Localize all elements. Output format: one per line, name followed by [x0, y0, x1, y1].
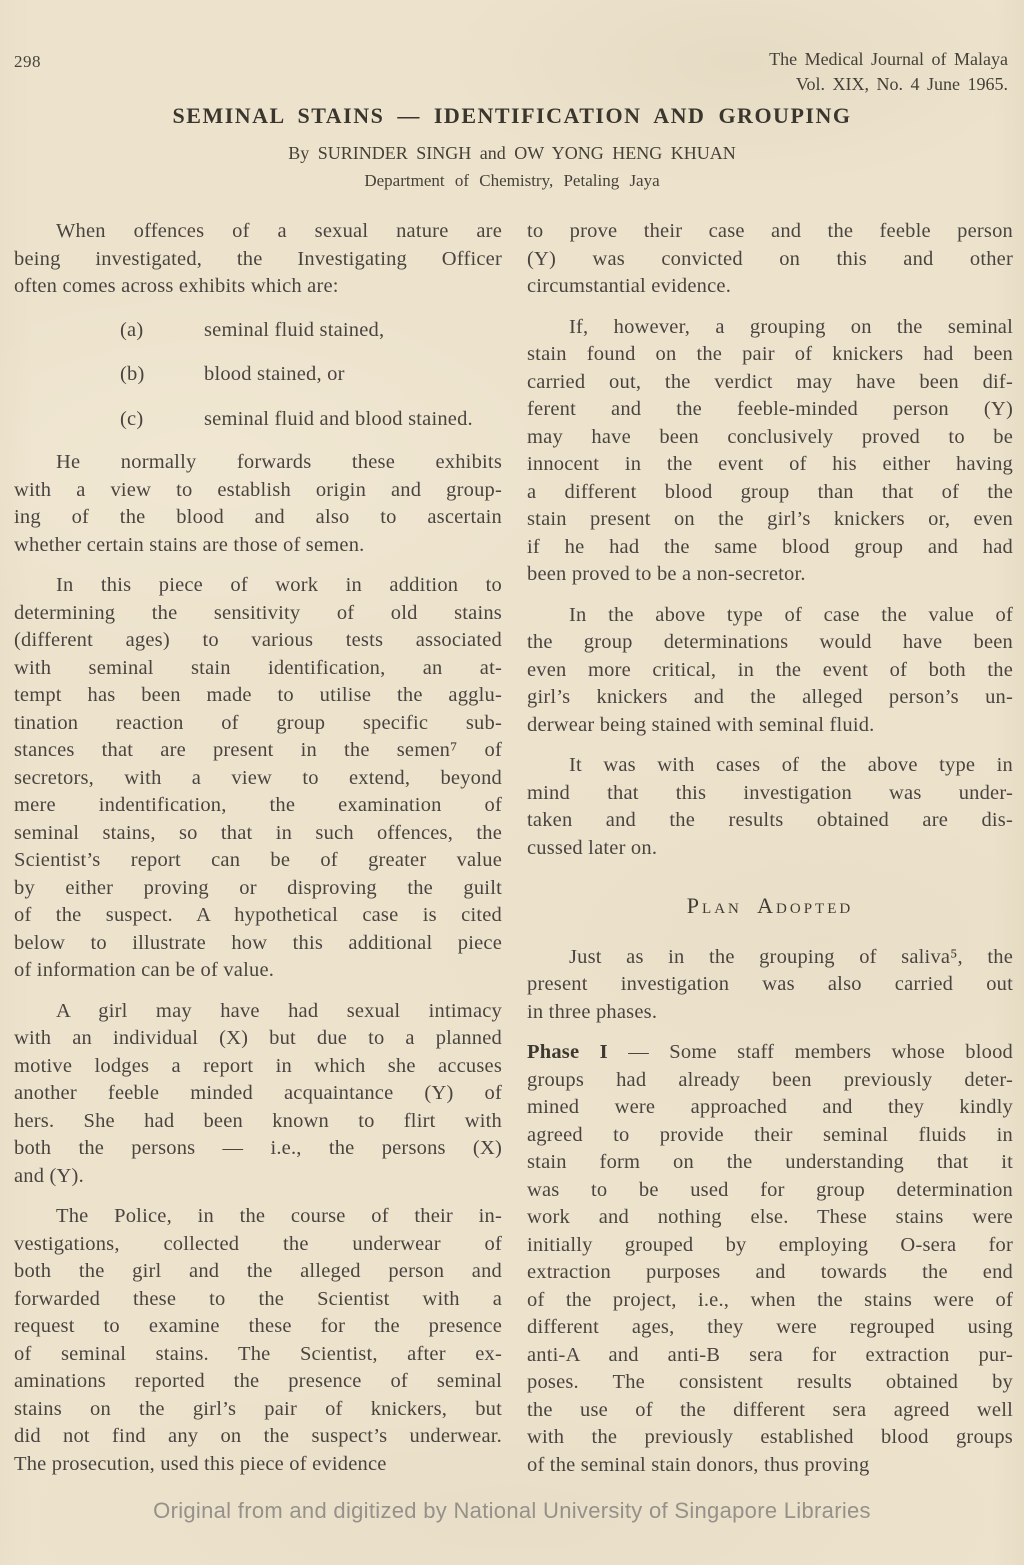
- text-line: innocent in the event of his either havi…: [527, 451, 1013, 479]
- journal-page: 298 The Medical Journal of Malaya Vol. X…: [0, 0, 1024, 1565]
- left-column: When offences of a sexual nature arebein…: [14, 218, 502, 1491]
- text-line: The prosecution, used this piece of evid…: [14, 1451, 502, 1479]
- list-item-b: (b)blood stained, or: [120, 361, 502, 389]
- text-line: poses. The consistent results obtained b…: [527, 1369, 1013, 1397]
- text-line: tempt has been made to utilise the agglu…: [14, 682, 502, 710]
- text-line: motive lodges a report in which she accu…: [14, 1053, 502, 1081]
- text-line: secretors, with a view to extend, beyond: [14, 765, 502, 793]
- text-line: agreed to provide their seminal fluids i…: [527, 1122, 1013, 1150]
- text-line: of information can be of value.: [14, 957, 502, 985]
- text-line: extraction purposes and towards the end: [527, 1259, 1013, 1287]
- text-line: carried out, the verdict may have been d…: [527, 369, 1013, 397]
- section-heading-plan-adopted: Plan Adopted: [527, 892, 1013, 920]
- text-line: vestigations, collected the underwear of: [14, 1231, 502, 1259]
- text-line: initially grouped by employing O-sera fo…: [527, 1232, 1013, 1260]
- text-line: present investigation was also carried o…: [527, 971, 1013, 999]
- text-line: hers. She had been known to flirt with: [14, 1108, 502, 1136]
- journal-info: The Medical Journal of Malaya Vol. XIX, …: [769, 47, 1008, 97]
- text-line: both the girl and the alleged person and: [14, 1258, 502, 1286]
- text-line: forwarded these to the Scientist with a: [14, 1286, 502, 1314]
- text-line: derwear being stained with seminal fluid…: [527, 712, 1013, 740]
- article-byline: By SURINDER SINGH and OW YONG HENG KHUAN: [0, 143, 1024, 164]
- text-line: groups had already been previously deter…: [527, 1067, 1013, 1095]
- text-line: the group determinations would have been: [527, 629, 1013, 657]
- exhibit-type-list: (a)seminal fluid stained, (b)blood stain…: [14, 317, 502, 434]
- journal-volume-date: Vol. XIX, No. 4 June 1965.: [769, 72, 1008, 97]
- text-line: If, however, a grouping on the seminal: [527, 314, 1013, 342]
- text-line: whether certain stains are those of seme…: [14, 532, 502, 560]
- text-line: to prove their case and the feeble perso…: [527, 218, 1013, 246]
- phase-label: Phase I: [527, 1041, 608, 1063]
- right-column: to prove their case and the feeble perso…: [527, 218, 1013, 1492]
- text-line: may have been conclusively proved to be: [527, 424, 1013, 452]
- paragraph-hypothetical-girl: A girl may have had sexual intimacywith …: [14, 998, 502, 1191]
- text-line: determining the sensitivity of old stain…: [14, 600, 502, 628]
- text-line: different ages, they were regrouped usin…: [527, 1314, 1013, 1342]
- text-line: anti-A and anti-B sera for extraction pu…: [527, 1342, 1013, 1370]
- text-line: (different ages) to various tests associ…: [14, 627, 502, 655]
- text-line: even more critical, in the event of both…: [527, 657, 1013, 685]
- text-line: both the persons — i.e., the persons (X): [14, 1135, 502, 1163]
- text-line: been proved to be a non-secretor.: [527, 561, 1013, 589]
- text-line: cussed later on.: [527, 835, 1013, 863]
- list-item-text: blood stained, or: [204, 363, 345, 385]
- text-line: seminal stains, so that in such offences…: [14, 820, 502, 848]
- text-line: mind that this investigation was under-: [527, 780, 1013, 808]
- text-line: circumstantial evidence.: [527, 273, 1013, 301]
- text-line: did not find any on the suspect’s underw…: [14, 1423, 502, 1451]
- text-line: often comes across exhibits which are:: [14, 273, 502, 301]
- paragraph-value-of-grouping: In the above type of case the value ofth…: [527, 602, 1013, 740]
- paragraph-conviction: to prove their case and the feeble perso…: [527, 218, 1013, 301]
- paragraph-three-phases: Just as in the grouping of saliva⁵, thep…: [527, 944, 1013, 1027]
- text-line: work and nothing else. These stains were: [527, 1204, 1013, 1232]
- text-line: in three phases.: [527, 999, 1013, 1027]
- text-line: was to be used for group determination: [527, 1177, 1013, 1205]
- list-item-text: seminal fluid stained,: [204, 319, 384, 341]
- text-line: by either proving or disproving the guil…: [14, 875, 502, 903]
- text-line: stain present on the girl’s knickers or,…: [527, 506, 1013, 534]
- list-item-label: (b): [120, 361, 204, 389]
- text-line: (Y) was convicted on this and other: [527, 246, 1013, 274]
- text-line: stain found on the pair of knickers had …: [527, 341, 1013, 369]
- text-line: It was with cases of the above type in: [527, 752, 1013, 780]
- text-line: mere indentification, the examination of: [14, 792, 502, 820]
- text-line: with an individual (X) but due to a plan…: [14, 1025, 502, 1053]
- text-line: When offences of a sexual nature are: [14, 218, 502, 246]
- text-line: mined were approached and they kindly: [527, 1094, 1013, 1122]
- text-line: with the previously established blood gr…: [527, 1424, 1013, 1452]
- page-number: 298: [14, 52, 41, 72]
- list-item-c: (c)seminal fluid and blood stained.: [120, 406, 502, 434]
- text-line: of the suspect. A hypothetical case is c…: [14, 902, 502, 930]
- digitization-watermark: Original from and digitized by National …: [0, 1498, 1024, 1524]
- text-line: being investigated, the Investigating Of…: [14, 246, 502, 274]
- text-line: The Police, in the course of their in-: [14, 1203, 502, 1231]
- paragraph-scope: In this piece of work in addition todete…: [14, 572, 502, 985]
- text-line: the use of the different sera agreed wel…: [527, 1397, 1013, 1425]
- text-line: In this piece of work in addition to: [14, 572, 502, 600]
- text-line: stances that are present in the semen⁷ o…: [14, 737, 502, 765]
- text-line: another feeble minded acquaintance (Y) o…: [14, 1080, 502, 1108]
- paragraph-phase-1: Phase I — Some staff members whose blood…: [527, 1039, 1013, 1479]
- journal-name: The Medical Journal of Malaya: [769, 47, 1008, 72]
- article-affiliation: Department of Chemistry, Petaling Jaya: [0, 171, 1024, 191]
- text-line: stain form on the understanding that it: [527, 1149, 1013, 1177]
- text-line: stains on the girl’s pair of knickers, b…: [14, 1396, 502, 1424]
- paragraph-grouping-outcome: If, however, a grouping on the seminalst…: [527, 314, 1013, 589]
- text-line: Just as in the grouping of saliva⁵, the: [527, 944, 1013, 972]
- paragraph-forwarding: He normally forwards these exhibitswith …: [14, 449, 502, 559]
- list-item-label: (a): [120, 317, 204, 345]
- text-line: if he had the same blood group and had: [527, 534, 1013, 562]
- text-line: taken and the results obtained are dis-: [527, 807, 1013, 835]
- article-title: SEMINAL STAINS — IDENTIFICATION AND GROU…: [0, 103, 1024, 129]
- text-line: ing of the blood and also to ascertain: [14, 504, 502, 532]
- text-line: tination reaction of group specific sub-: [14, 710, 502, 738]
- text-line: girl’s knickers and the alleged person’s…: [527, 684, 1013, 712]
- text-line: aminations reported the presence of semi…: [14, 1368, 502, 1396]
- list-item-label: (c): [120, 406, 204, 434]
- text-line: a different blood group than that of the: [527, 479, 1013, 507]
- paragraph-motivation: It was with cases of the above type inmi…: [527, 752, 1013, 862]
- text-line: of the project, i.e., when the stains we…: [527, 1287, 1013, 1315]
- paragraph-police: The Police, in the course of their in-ve…: [14, 1203, 502, 1478]
- list-item-text: seminal fluid and blood stained.: [204, 408, 473, 430]
- text-line: Scientist’s report can be of greater val…: [14, 847, 502, 875]
- text-line: He normally forwards these exhibits: [14, 449, 502, 477]
- text-line: request to examine these for the presenc…: [14, 1313, 502, 1341]
- text-line: Phase I — Some staff members whose blood: [527, 1039, 1013, 1067]
- list-item-a: (a)seminal fluid stained,: [120, 317, 502, 345]
- text-line: A girl may have had sexual intimacy: [14, 998, 502, 1026]
- text-line: In the above type of case the value of: [527, 602, 1013, 630]
- text-line: of the seminal stain donors, thus provin…: [527, 1452, 1013, 1480]
- text-line: of seminal stains. The Scientist, after …: [14, 1341, 502, 1369]
- text-line: ferent and the feeble-minded person (Y): [527, 396, 1013, 424]
- text-line: and (Y).: [14, 1163, 502, 1191]
- paragraph-intro: When offences of a sexual nature arebein…: [14, 218, 502, 301]
- text-line: with a view to establish origin and grou…: [14, 477, 502, 505]
- text-line: below to illustrate how this additional …: [14, 930, 502, 958]
- text-line: with seminal stain identification, an at…: [14, 655, 502, 683]
